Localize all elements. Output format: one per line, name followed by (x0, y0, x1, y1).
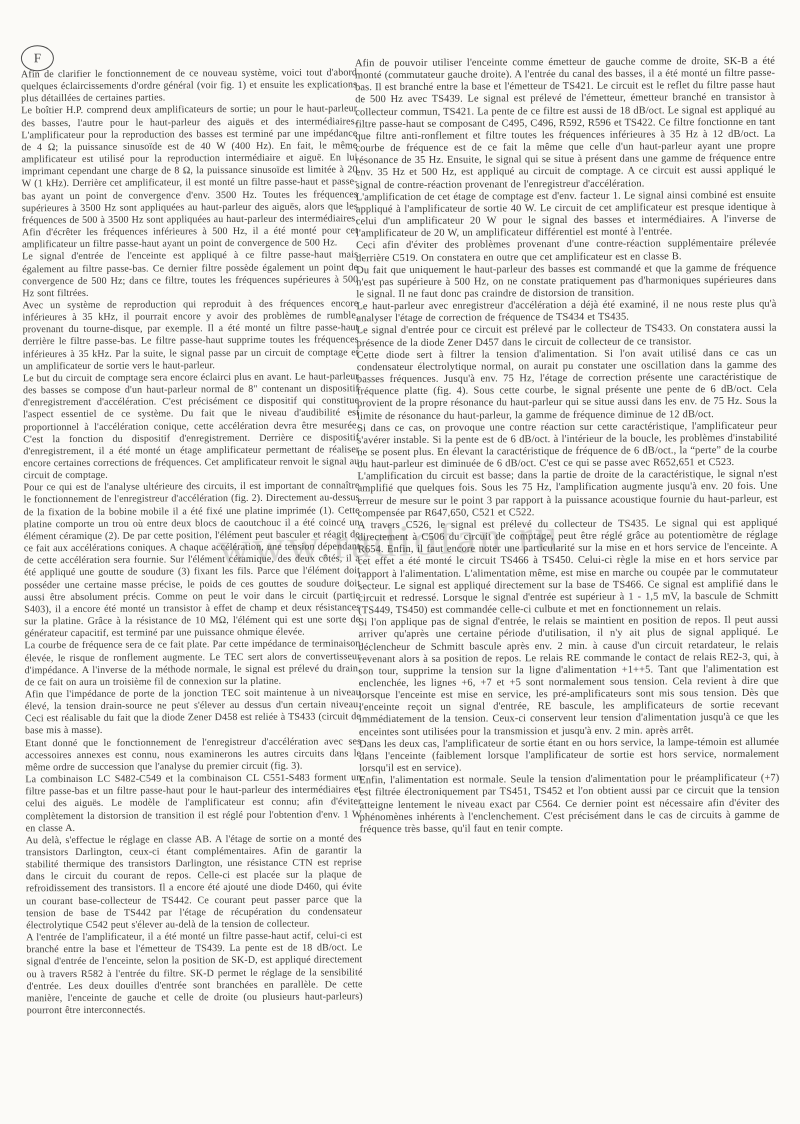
paragraph: Le boîtier H.P. comprend deux amplificat… (21, 104, 358, 252)
paragraph: L'amplification du circuit est basse; da… (357, 469, 777, 520)
paragraph: Le signal d'entrée de l'enceinte est app… (22, 250, 358, 301)
paragraph: Au delà, s'effectue le réglage en classe… (26, 833, 363, 932)
paragraph: Si l'on applique pas de signal d'entrée,… (358, 615, 779, 739)
paragraph: Avec un système de reproduction qui repr… (22, 298, 358, 373)
paragraph: A travers C526, le signal est prélevé du… (358, 518, 779, 618)
paragraph: Afin de clarifier le fonctionnement de c… (21, 67, 357, 106)
paragraph: Le signal d'entrée pour ce circuit est p… (357, 323, 777, 350)
paragraph: Si dans ce cas, on provoque une contre r… (357, 420, 777, 471)
paragraph: Afin que l'impédance de porte de la jonc… (25, 687, 361, 738)
paragraph: Enfin, l'alimentation est normale. Seule… (359, 773, 779, 836)
paragraph: Ceci afin d'éviter des problèmes provena… (356, 238, 776, 265)
paragraph: La combinaison LC S482-C549 et la combin… (25, 772, 361, 835)
paragraph: Dans les deux cas, l'amplificateur de so… (359, 736, 779, 775)
paragraph: A l'entrée de l'amplificateur, il a été … (26, 930, 363, 1017)
right-text-column: Afin de pouvoir utiliser l'enceinte comm… (355, 56, 780, 837)
paragraph: Le haut-parleur avec enregistreur d'accé… (356, 299, 776, 326)
paragraph: L'amplification de cet étage de comptage… (356, 189, 776, 240)
document-page: F www.radiofan.ru Afin de clarifier le f… (0, 0, 800, 1124)
page-section-badge: F (21, 45, 54, 71)
paragraph: Afin de pouvoir utiliser l'enceinte comm… (355, 56, 776, 192)
paragraph: Du fait que uniquement le haut-parleur d… (356, 262, 776, 301)
paragraph: Le but du circuit de comptage sera encor… (23, 371, 360, 482)
paragraph: La courbe de fréquence sera de ce fait p… (24, 639, 360, 690)
paragraph: Etant donné que le fonctionnement de l'e… (25, 736, 361, 775)
paragraph: Cette diode sert à filtrer la tension d'… (357, 347, 777, 423)
left-text-column: Afin de clarifier le fonctionnement de c… (21, 67, 363, 1017)
paragraph: Pour ce qui est de l'analyse ultérieure … (24, 481, 361, 641)
